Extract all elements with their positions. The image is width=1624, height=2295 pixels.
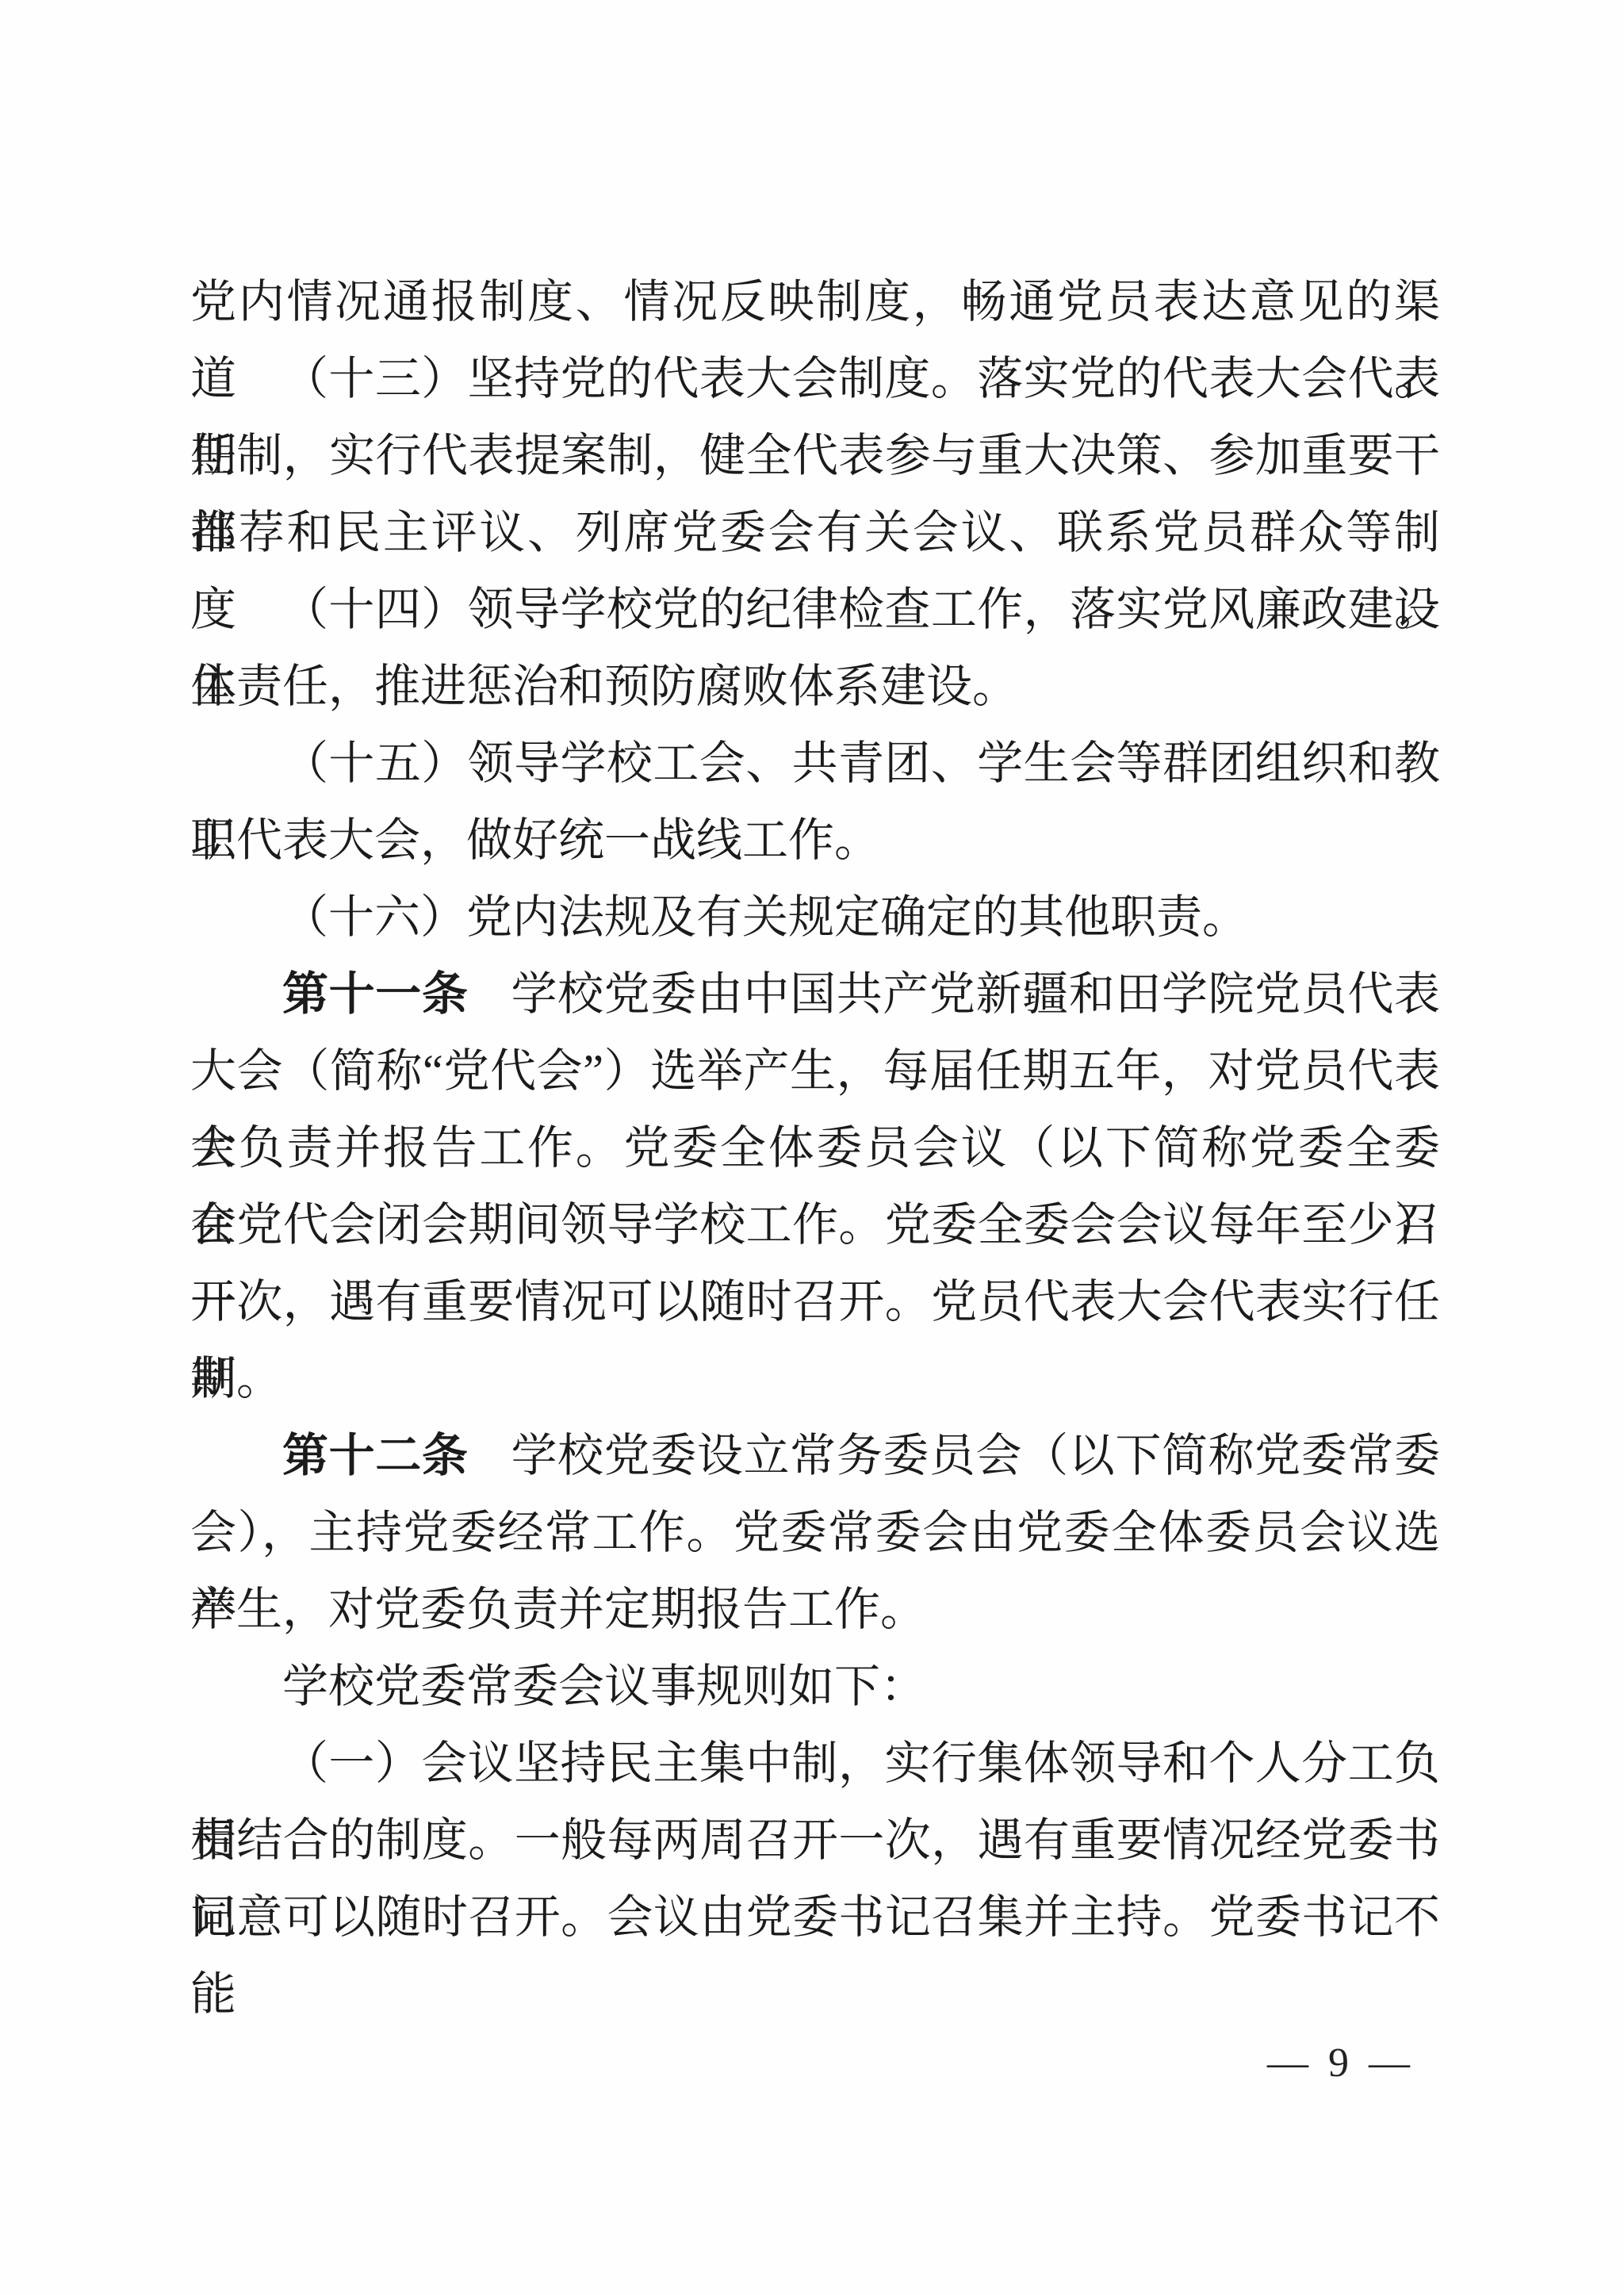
page-number: — 9 — [1267,2040,1415,2087]
document-page: 党内情况通报制度、情况反映制度，畅通党员表达意见的渠道。 （十三）坚持党的代表大… [0,0,1624,2295]
article-number: 第十二条 [282,1430,468,1481]
text-line: 产生，对党委负责并定期报告工作。 [190,1571,1440,1648]
text-line: 大会（简称“党代会”）选举产生，每届任期五年，对党员代表大 [190,1033,1440,1109]
text-line: 一次，遇有重要情况可以随时召开。党员代表大会代表实行任期 [190,1263,1440,1340]
text-line: （十三）坚持党的代表大会制度。落实党的代表大会代表任 [190,340,1440,417]
text-line: 第十二条学校党委设立常务委员会（以下简称党委常委 [190,1417,1440,1494]
text-line: （十四）领导学校党的纪律检查工作，落实党风廉政建设主 [190,571,1440,648]
text-line: 会），主持党委经常工作。党委常委会由党委全体委员会议选举 [190,1494,1440,1571]
text-line: 期制，实行代表提案制，健全代表参与重大决策、参加重要干部 [190,417,1440,494]
article-number: 第十一条 [282,968,468,1020]
text-line: 推荐和民主评议、列席党委会有关会议、联系党员群众等制度。 [190,494,1440,571]
text-line: （十五）领导学校工会、共青团、学生会等群团组织和教职 [190,725,1440,802]
text-line: （一）会议坚持民主集中制，实行集体领导和个人分工负责 [190,1725,1440,1802]
text-line: 工代表大会，做好统一战线工作。 [190,802,1440,879]
text-line: 党内情况通报制度、情况反映制度，畅通党员表达意见的渠道。 [190,263,1440,340]
text-line: 学校党委常委会议事规则如下： [190,1648,1440,1725]
text-line: 同意可以随时召开。会议由党委书记召集并主持。党委书记不能 [190,1879,1440,1956]
text-line: 第十一条学校党委由中国共产党新疆和田学院党员代表 [190,956,1440,1033]
article-text: 学校党委设立常务委员会（以下简称党委常委 [511,1430,1440,1481]
text-line: 制。 [190,1340,1440,1417]
text-line: 相结合的制度。一般每两周召开一次，遇有重要情况经党委书记 [190,1802,1440,1879]
text-line: （十六）党内法规及有关规定确定的其他职责。 [190,879,1440,956]
article-text: 学校党委由中国共产党新疆和田学院党员代表 [511,968,1440,1020]
text-line: 在党代会闭会期间领导学校工作。党委全委会会议每年至少召开 [190,1186,1440,1263]
document-body: 党内情况通报制度、情况反映制度，畅通党员表达意见的渠道。 （十三）坚持党的代表大… [190,263,1440,1956]
text-line: 体责任，推进惩治和预防腐败体系建设。 [190,648,1440,725]
text-line: 会负责并报告工作。党委全体委员会议（以下简称党委全委会） [190,1109,1440,1186]
